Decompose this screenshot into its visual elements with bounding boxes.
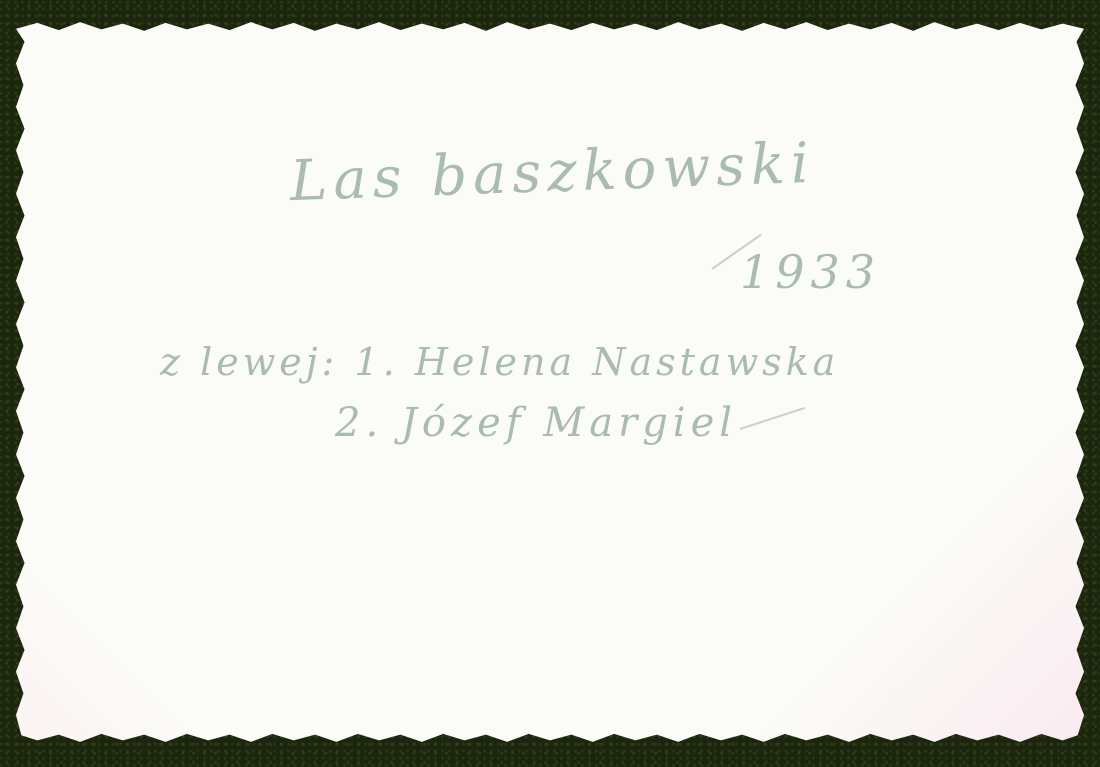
handwritten-year: 1933 [740, 245, 881, 299]
handwritten-caption-line-2: 2. Józef Margiel [335, 400, 737, 446]
scan-background: Las baszkowski 1933 z lewej: 1. Helena N… [0, 0, 1100, 767]
handwritten-caption-line-1: z lewej: 1. Helena Nastawska [160, 340, 839, 384]
